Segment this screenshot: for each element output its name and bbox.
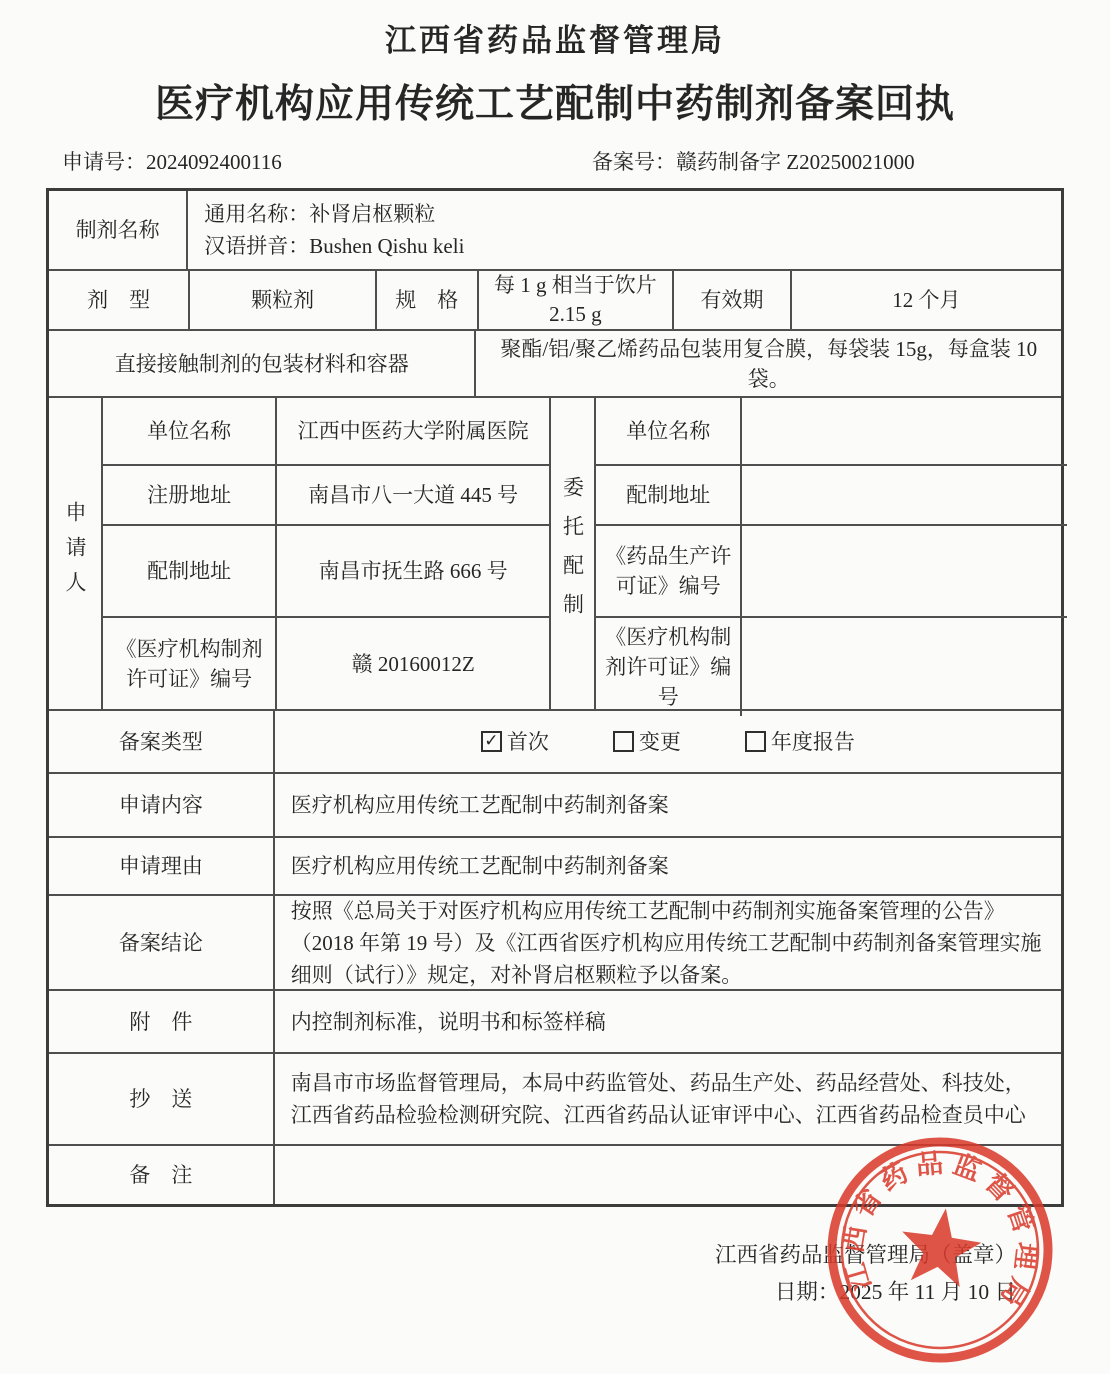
field-value-application-reason: 医疗机构应用传统工艺配制中药制剂备案	[273, 838, 1061, 894]
applicant-license-value: 赣 20160012Z	[275, 618, 549, 709]
field-label-specification: 规 格	[375, 271, 476, 329]
generic-name: 通用名称：补肾启枢颗粒	[204, 198, 464, 230]
entrusted-prepaddr-label: 配制地址	[596, 466, 740, 524]
row-filing-conclusion: 备案结论 按照《总局关于对医疗机构应用传统工艺配制中药制剂实施备案管理的公告》（…	[49, 894, 1061, 989]
filing-number-value: 赣药制备字 Z20250021000	[676, 150, 915, 174]
field-label-filing-type: 备案类型	[49, 711, 273, 772]
field-label-preparation-name: 制剂名称	[49, 191, 186, 269]
applicant-row: 注册地址 南昌市八一大道 445 号	[103, 464, 549, 524]
option-change-label: 变更	[639, 726, 681, 758]
document-title: 医疗机构应用传统工艺配制中药制剂备案回执	[0, 84, 1110, 126]
field-label-filing-conclusion: 备案结论	[49, 896, 273, 989]
field-value-filing-type: ✓首次 变更 年度报告	[273, 711, 1061, 772]
entrusted-license-value	[740, 618, 1067, 716]
option-annual-report: 年度报告	[745, 726, 855, 758]
filing-type-options: ✓首次 变更 年度报告	[481, 726, 855, 758]
entrusted-fields: 单位名称 配制地址 《药品生产许可证》编号 《医疗机构制剂许可证》编号	[594, 398, 1067, 709]
applicant-prepaddr-value: 南昌市抚生路 666 号	[275, 526, 549, 616]
field-label-attachments: 附 件	[49, 991, 273, 1052]
field-label-applicant: 申请人	[49, 398, 101, 709]
field-value-dosage-form: 颗粒剂	[188, 271, 375, 329]
checkbox-annual-report	[745, 731, 766, 752]
entrusted-prodlicense-label: 《药品生产许可证》编号	[596, 526, 740, 616]
field-value-preparation-name: 通用名称：补肾启枢颗粒 汉语拼音：Bushen Qishu keli	[186, 191, 1061, 269]
application-number-label: 申请号：	[62, 150, 146, 174]
entrusted-row: 配制地址	[596, 464, 1067, 524]
number-row: 申请号：2024092400116 备案号：赣药制备字 Z20250021000	[46, 148, 1064, 176]
field-label-packaging: 直接接触制剂的包装材料和容器	[49, 331, 474, 396]
applicant-prepaddr-label: 配制地址	[103, 526, 275, 616]
field-label-validity: 有效期	[672, 271, 789, 329]
field-label-entrusted: 委托配制	[549, 398, 594, 709]
filing-number-label: 备案号：	[592, 150, 676, 174]
agency-name: 江西省药品监督管理局	[0, 24, 1110, 58]
applicant-org-label: 单位名称	[103, 398, 275, 464]
row-packaging: 直接接触制剂的包装材料和容器 聚酯/铝/聚乙烯药品包装用复合膜，每袋装 15g，…	[49, 329, 1061, 396]
row-preparation-name: 制剂名称 通用名称：补肾启枢颗粒 汉语拼音：Bushen Qishu keli	[49, 191, 1061, 269]
row-dosage-spec-validity: 剂 型 颗粒剂 规 格 每 1 g 相当于饮片 2.15 g 有效期 12 个月	[49, 269, 1061, 329]
field-value-attachments: 内控制剂标准，说明书和标签样稿	[273, 991, 1061, 1052]
applicant-license-label: 《医疗机构制剂许可证》编号	[103, 618, 275, 709]
checkbox-first-filing: ✓	[481, 731, 502, 752]
field-value-packaging: 聚酯/铝/聚乙烯药品包装用复合膜，每袋装 15g，每盒装 10 袋。	[474, 331, 1061, 396]
pinyin-name: 汉语拼音：Bushen Qishu keli	[204, 230, 464, 262]
field-label-remarks: 备 注	[49, 1146, 273, 1204]
filing-receipt-document: 江西省药品监督管理局 医疗机构应用传统工艺配制中药制剂备案回执 申请号：2024…	[0, 0, 1110, 1374]
option-change: 变更	[613, 726, 681, 758]
application-number: 申请号：2024092400116	[46, 148, 592, 176]
field-label-application-reason: 申请理由	[49, 838, 273, 894]
issuer-line: 江西省药品监督管理局（盖章）	[46, 1237, 1016, 1274]
applicant-regaddr-label: 注册地址	[103, 466, 275, 524]
entrusted-org-label: 单位名称	[596, 398, 740, 464]
signature-block: 江西省药品监督管理局（盖章） 日期：2025 年 11 月 10 日	[46, 1237, 1064, 1311]
field-value-filing-conclusion: 按照《总局关于对医疗机构应用传统工艺配制中药制剂实施备案管理的公告》（2018 …	[273, 896, 1061, 989]
row-application-content: 申请内容 医疗机构应用传统工艺配制中药制剂备案	[49, 772, 1061, 836]
application-number-value: 2024092400116	[146, 150, 282, 174]
field-value-validity: 12 个月	[790, 271, 1061, 329]
entrusted-org-value	[740, 398, 1067, 464]
entrusted-row: 单位名称	[596, 398, 1067, 464]
filing-number: 备案号：赣药制备字 Z20250021000	[592, 148, 1064, 176]
entrusted-license-label: 《医疗机构制剂许可证》编号	[596, 618, 740, 716]
field-label-application-content: 申请内容	[49, 774, 273, 836]
applicant-row: 配制地址 南昌市抚生路 666 号	[103, 524, 549, 616]
applicant-regaddr-value: 南昌市八一大道 445 号	[275, 466, 549, 524]
field-value-remarks	[273, 1146, 1061, 1204]
field-label-cc: 抄 送	[49, 1054, 273, 1144]
applicant-row: 单位名称 江西中医药大学附属医院	[103, 398, 549, 464]
field-label-dosage-form: 剂 型	[49, 271, 188, 329]
date-line: 日期：2025 年 11 月 10 日	[46, 1274, 1016, 1311]
option-first-filing: ✓首次	[481, 726, 549, 758]
applicant-row: 《医疗机构制剂许可证》编号 赣 20160012Z	[103, 616, 549, 709]
field-value-application-content: 医疗机构应用传统工艺配制中药制剂备案	[273, 774, 1061, 836]
applicant-fields: 单位名称 江西中医药大学附属医院 注册地址 南昌市八一大道 445 号 配制地址…	[101, 398, 549, 709]
applicant-org-value: 江西中医药大学附属医院	[275, 398, 549, 464]
entrusted-prepaddr-value	[740, 466, 1067, 524]
row-applicant-entrusted: 申请人 单位名称 江西中医药大学附属医院 注册地址 南昌市八一大道 445 号 …	[49, 396, 1061, 709]
option-first-filing-label: 首次	[507, 726, 549, 758]
row-attachments: 附 件 内控制剂标准，说明书和标签样稿	[49, 989, 1061, 1052]
entrusted-row: 《医疗机构制剂许可证》编号	[596, 616, 1067, 716]
field-value-specification: 每 1 g 相当于饮片 2.15 g	[477, 271, 673, 329]
row-remarks: 备 注	[49, 1144, 1061, 1204]
entrusted-prodlicense-value	[740, 526, 1067, 616]
checkbox-change	[613, 731, 634, 752]
field-value-cc: 南昌市市场监督管理局，本局中药监管处、药品生产处、药品经营处、科技处，江西省药品…	[273, 1054, 1061, 1144]
row-application-reason: 申请理由 医疗机构应用传统工艺配制中药制剂备案	[49, 836, 1061, 894]
filing-table: 制剂名称 通用名称：补肾启枢颗粒 汉语拼音：Bushen Qishu keli …	[46, 188, 1064, 1207]
row-cc: 抄 送 南昌市市场监督管理局，本局中药监管处、药品生产处、药品经营处、科技处，江…	[49, 1052, 1061, 1144]
option-annual-report-label: 年度报告	[771, 726, 855, 758]
row-filing-type: 备案类型 ✓首次 变更 年度报告	[49, 709, 1061, 772]
entrusted-row: 《药品生产许可证》编号	[596, 524, 1067, 616]
